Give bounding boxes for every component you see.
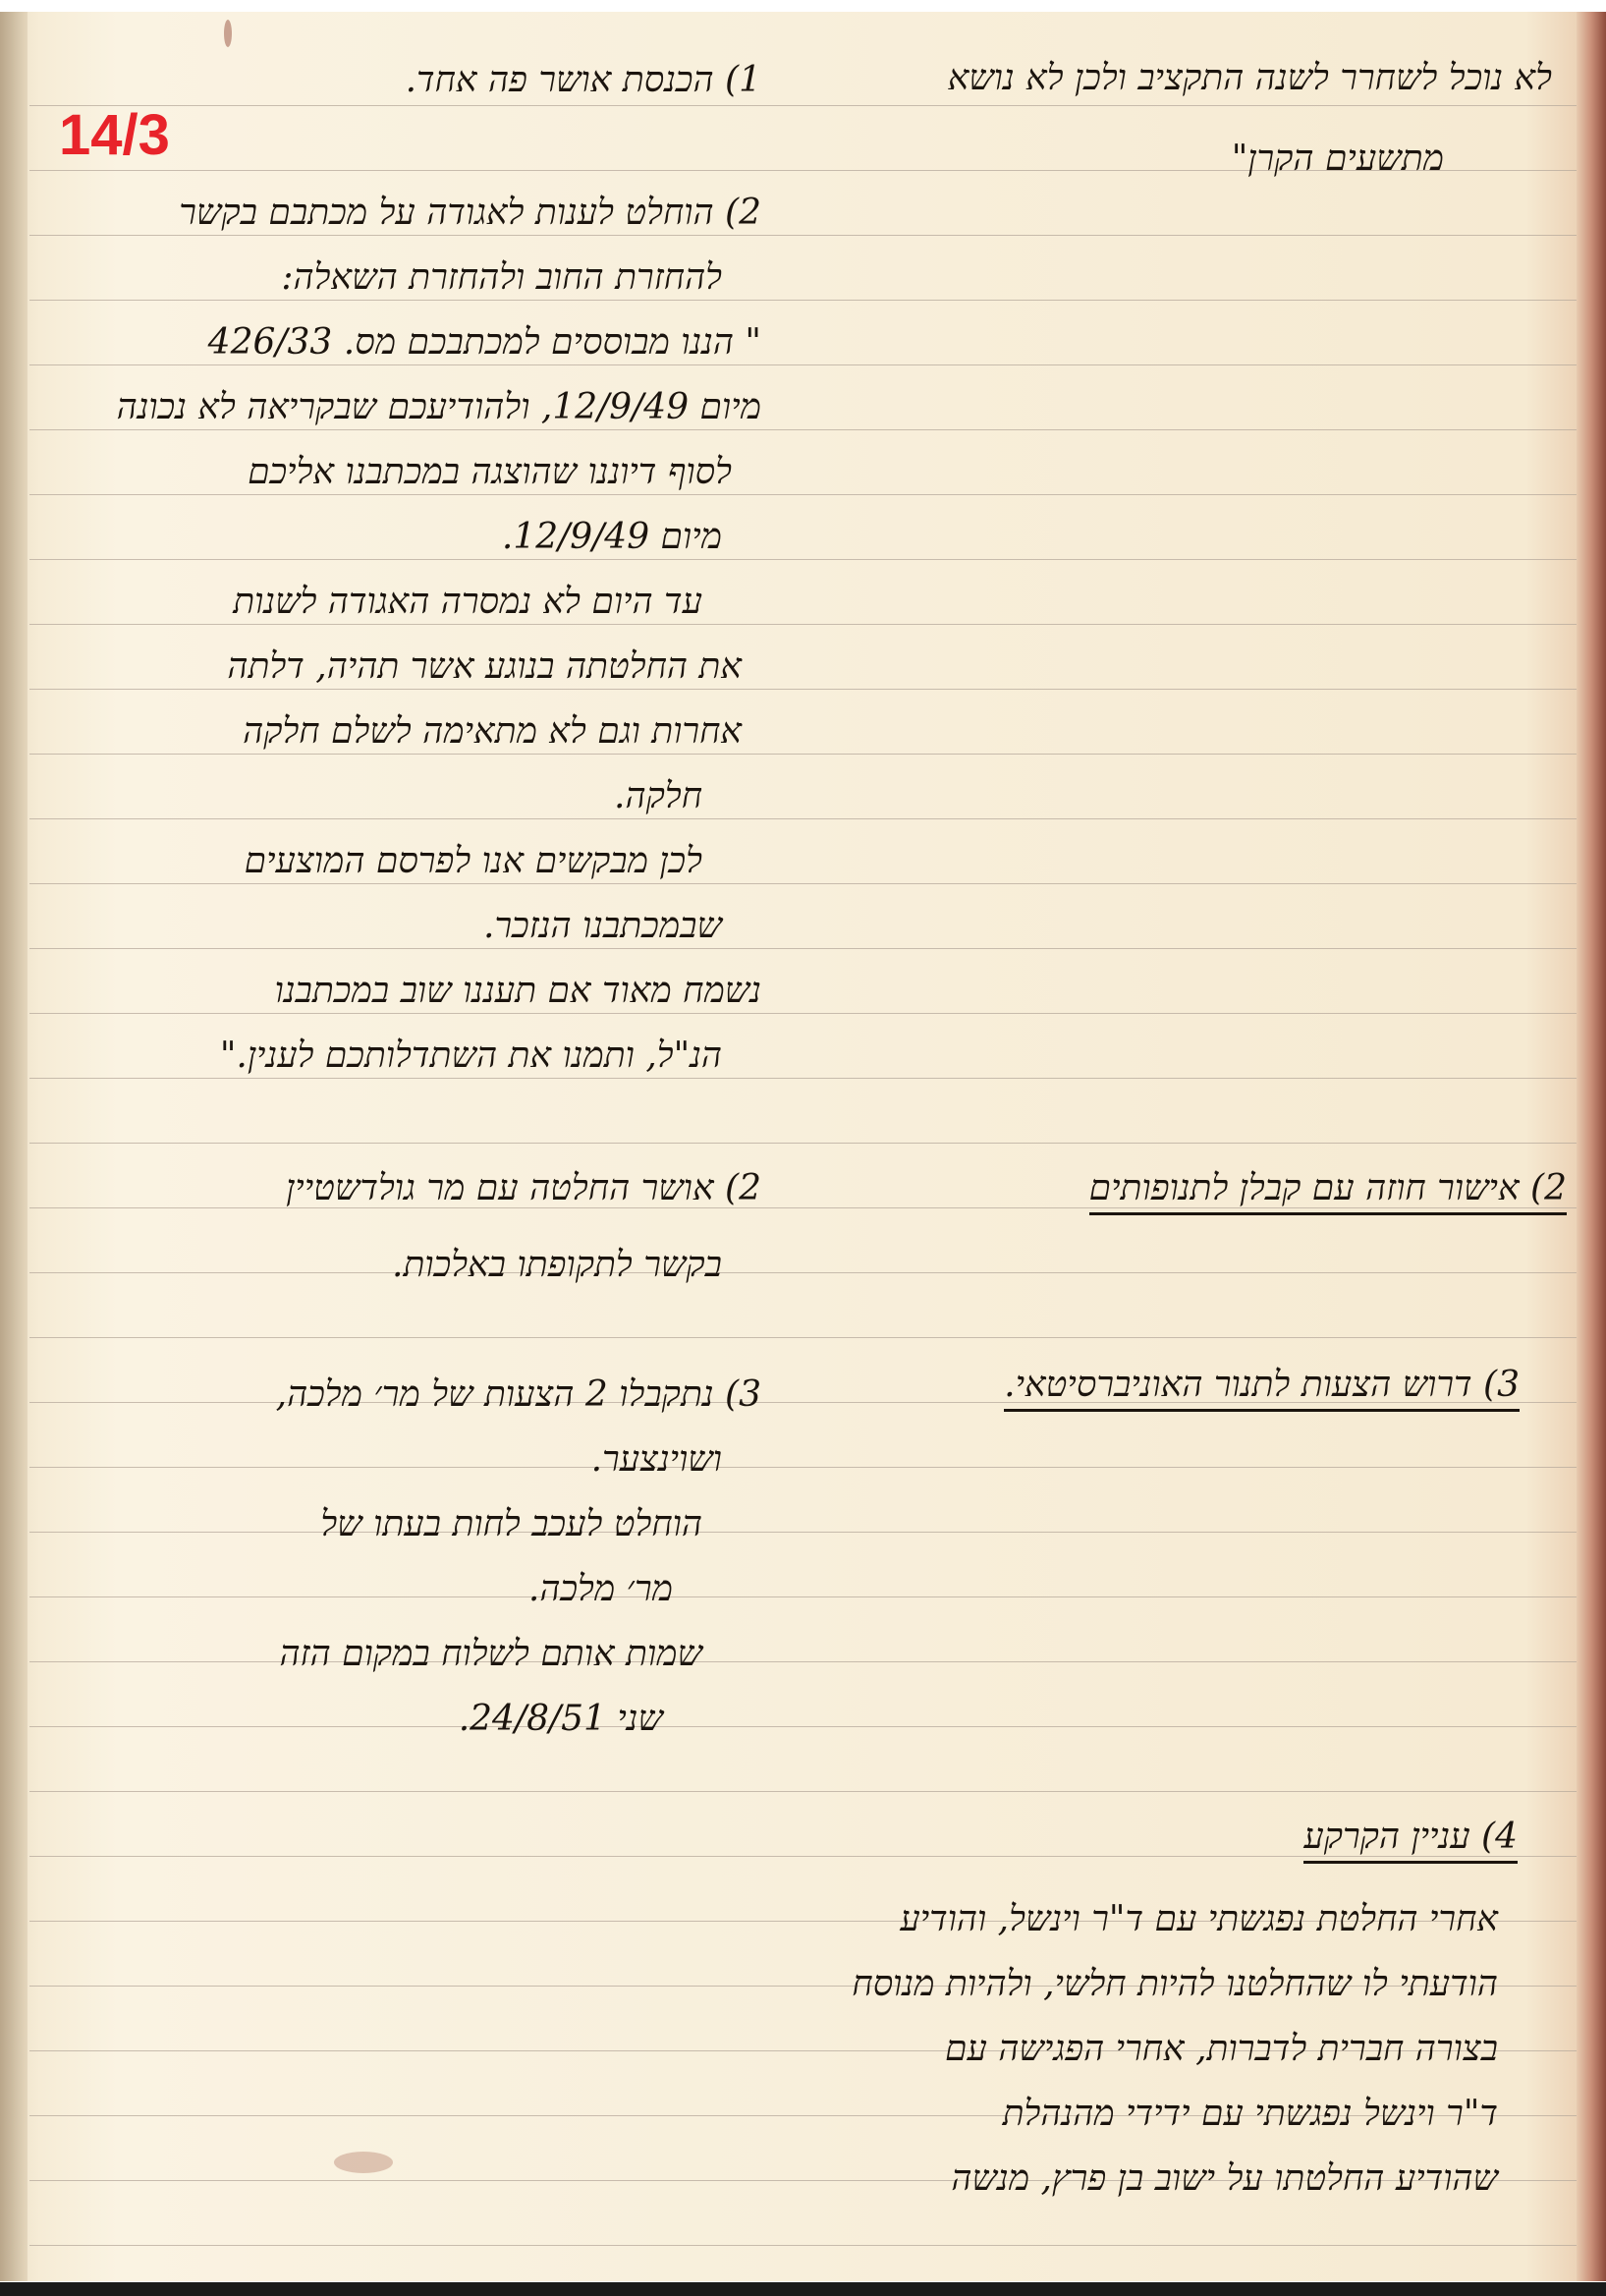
left-text-line: בקשר לתקופתו באלכות.: [392, 1244, 722, 1287]
left-text-line: עד היום לא נמסרה האגודה לשנות: [233, 581, 702, 624]
right-top-line-2: מתשעים הקרן": [1232, 138, 1444, 181]
ruled-line: [29, 364, 1577, 365]
right-item-3: 3) דרוש הצעות לתנור האוניברסיטאי.: [1004, 1364, 1520, 1412]
page-edge: [1577, 12, 1606, 2281]
right-item-4-line: ד"ר וינשל נפגשתי עם ידידי מהנהלת: [1003, 2093, 1498, 2136]
ruled-line: [29, 559, 1577, 560]
right-item-4-line: אחרי החלטת נפגשתי עם ד"ר וינשל, והודיע: [900, 1898, 1498, 1941]
ruled-line: [29, 1791, 1577, 1792]
left-text-line: " הננו מבוססים למכתבכם מס. 426/33: [208, 321, 761, 364]
right-item-4-line: בצורה חברית לדברות, אחרי הפגישה עם: [945, 2028, 1498, 2071]
ruled-line: [29, 754, 1577, 755]
right-item-4-heading: 4) עניין הקרקע: [1303, 1816, 1518, 1864]
left-text-line: חלקה.: [614, 775, 702, 818]
left-text-line: מר׳ מלכה.: [528, 1568, 673, 1611]
ruled-line: [29, 883, 1577, 884]
scan-bottom-border: [0, 2282, 1606, 2296]
left-text-line: 3) נתקבלו 2 הצעות של מר׳ מלכה,: [276, 1373, 761, 1417]
ruled-line: [29, 1013, 1577, 1014]
left-text-line: שבמכתבנו הנזכר.: [483, 905, 722, 948]
left-text-line: הוחלט לעכב לחות בעתו של: [320, 1503, 702, 1546]
left-text-line: להחזרת החוב ולהחזרת השאלה:: [281, 256, 722, 300]
left-text-line: את החלטתה בנוגע אשר תהיה, דלתה: [227, 645, 742, 689]
date-stamp: 14/3: [59, 102, 170, 168]
right-item-4-line: שהודיע החלטתו על ישוב בן פרץ, מנשה: [951, 2157, 1498, 2201]
ruled-line: [29, 1337, 1577, 1338]
ruled-line: [29, 105, 1577, 106]
ruled-line: [29, 429, 1577, 430]
left-text-line: ושוינצער.: [591, 1438, 722, 1482]
left-text-line: נשמח מאוד אם תעננו שוב במכתבנו: [275, 970, 761, 1013]
ruled-line: [29, 2245, 1577, 2246]
notebook-spine: [0, 12, 28, 2281]
ruled-line: [29, 1272, 1577, 1273]
ruled-line: [29, 818, 1577, 819]
ruled-line: [29, 235, 1577, 236]
right-item-4-line: הודעתי לו שהחלטנו להיות חלשי, ולהיות מנו…: [852, 1963, 1498, 2006]
right-top-line-1: לא נוכל לשחרר לשנה התקציב ולכן לא נושא: [948, 57, 1552, 100]
left-text-line: הנ"ל, ותמנו את השתדלותכם לענין.": [220, 1035, 722, 1078]
ruled-line: [29, 1143, 1577, 1144]
ruled-line: [29, 300, 1577, 301]
ruled-line: [29, 1596, 1577, 1597]
ruled-line: [29, 1661, 1577, 1662]
left-text-line: מיום 12/9/49, ולהודיעכם שבקריאה לא נכונה: [117, 386, 761, 429]
left-text-line: לכן מבקשים אנו לפרסם המוצעים: [245, 840, 702, 883]
ruled-line: [29, 624, 1577, 625]
left-text-line: מיום 12/9/49.: [502, 516, 722, 559]
ink-stain: [334, 2152, 393, 2173]
ruled-line: [29, 689, 1577, 690]
left-text-line: לסוף דיוננו שהוצגה במכתבנו אליכם: [248, 451, 732, 494]
ruled-line: [29, 1726, 1577, 1727]
ink-stain: [224, 20, 232, 47]
left-top-line: 1) הכנסת אושר פה אחד.: [406, 59, 761, 102]
left-text-line: שמות אותם לשלוח במקום הזה: [279, 1633, 702, 1676]
ruled-line: [29, 1467, 1577, 1468]
right-item-2: 2) אישור חוזה עם קבלן לתנופותים: [1089, 1167, 1567, 1215]
ruled-line: [29, 1078, 1577, 1079]
left-text-line: אחרות וגם לא מתאימה לשלם חלקה: [243, 710, 742, 754]
ruled-line: [29, 494, 1577, 495]
left-text-line: 2) הוחלט לענות לאגודה על מכתבם בקשר: [179, 192, 761, 235]
ruled-line: [29, 1532, 1577, 1533]
left-text-line: שני 24/8/51.: [459, 1698, 663, 1741]
ruled-line: [29, 948, 1577, 949]
left-text-line: 2) אושר החלטה עם מר גולדשטיין: [286, 1167, 761, 1210]
